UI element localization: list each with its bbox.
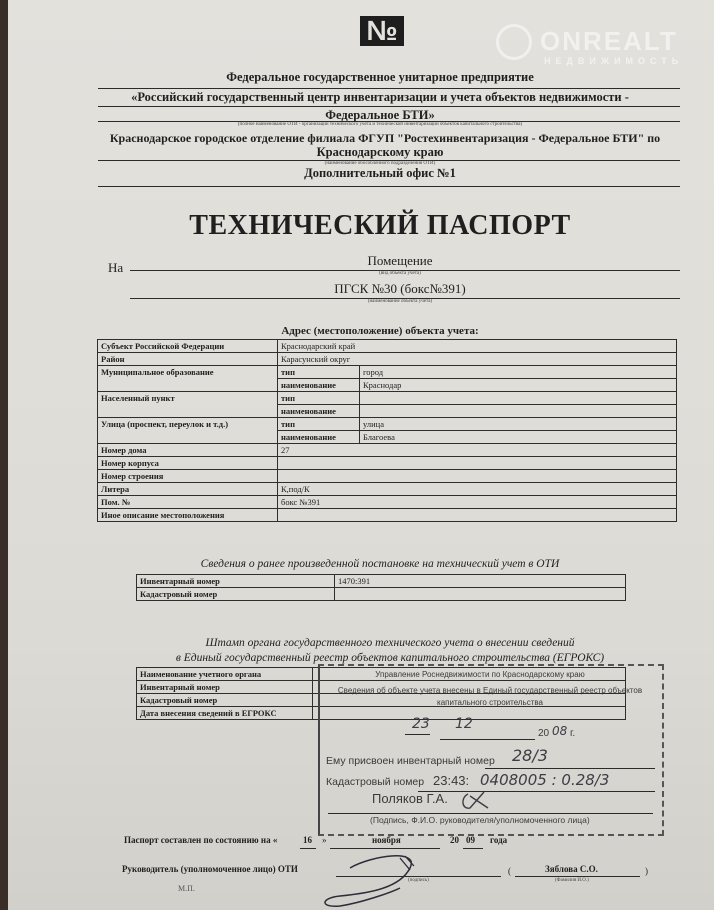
cell-value [360,405,677,418]
object-name-caption: (наименование объекта учета) [130,299,670,304]
cell-value: Карасунский округ [278,353,677,366]
cell-label: Номер корпуса [98,457,278,470]
address-table: Субъект Российской Федерации Краснодарск… [97,339,677,522]
stamp-line-2: капитального строительства [330,698,650,707]
object-type: Помещение [130,253,670,269]
object-prefix: На [108,260,123,276]
watermark-subtitle: НЕДВИЖИМОСТЬ [544,56,683,66]
caption-full-name: (полное наименование ОТИ - организации т… [100,122,660,127]
cell-label: Район [98,353,278,366]
cell-label: Субъект Российской Федерации [98,340,278,353]
prior-table: Инвентарный номер 1470:391 Кадастровый н… [136,574,626,601]
divider [405,734,430,735]
table-row: Кадастровый номер [137,588,626,601]
object-type-caption: (вид объекта учета) [130,271,670,276]
branch-line-2: Краснодарскому краю [100,145,660,160]
cell-sublabel: тип [278,366,360,379]
cell-sublabel: наименование [278,405,360,418]
cell-value [278,509,677,522]
composed-month: ноября [372,835,401,845]
stamp-date-year: 08 [552,724,567,738]
stamp-date-month: 12 [455,716,473,732]
cell-label: Инвентарный номер [137,575,335,588]
stamp-date-year-prefix: 20 [538,728,549,739]
divider [485,768,655,769]
table-row: Иное описание местоположения [98,509,677,522]
name-caption: (Фамилия И.О.) [555,878,589,883]
cell-sublabel: тип [278,392,360,405]
cell-value [278,470,677,483]
table-row: Номер корпуса [98,457,677,470]
cell-sublabel: наименование [278,379,360,392]
cell-value: 1470:391 [335,575,626,588]
watermark-brand: ONREALT [540,26,678,57]
branch-line-1: Краснодарское городское отделение филиал… [95,131,675,146]
stamp-signature [460,790,496,814]
stamp-cad-value: 0408005 : 0.28/3 [480,771,609,789]
cell-sublabel: наименование [278,431,360,444]
stamp-inv-value: 28/3 [512,746,548,765]
cell-value: улица [360,418,677,431]
cell-label: Литера [98,483,278,496]
table-row: Муниципальное образование тип город [98,366,677,379]
house-icon [496,24,532,60]
table-row: Номер строения [98,470,677,483]
binding-edge [0,0,8,910]
table-row: Номер дома 27 [98,444,677,457]
divider [98,106,680,107]
paren-open: ( [508,866,511,876]
cell-label: Номер дома [98,444,278,457]
composed-year-suffix: года [490,835,507,845]
cell-label: Номер строения [98,470,278,483]
cell-label: Пом. № [98,496,278,509]
cell-label: Инвентарный номер [137,681,313,694]
cell-label: Населенный пункт [98,392,278,418]
divider [463,848,483,849]
table-row: Район Карасунский округ [98,353,677,366]
paren-close: ) [645,866,648,876]
head-label: Руководитель (уполномоченное лицо) ОТИ [122,864,298,874]
cell-label: Муниципальное образование [98,366,278,392]
divider [98,186,680,187]
cell-label: Наименование учетного органа [137,668,313,681]
office-name: Дополнительный офис №1 [100,166,660,181]
sign-caption: (подпись) [408,878,429,883]
divider [515,876,640,877]
cell-value: Благоева [360,431,677,444]
egroks-heading-2: в Единый государственный реестр объектов… [120,652,660,664]
prior-heading: Сведения о ранее произведенной постановк… [130,558,630,570]
table-row: Улица (проспект, переулок и т.д.) тип ул… [98,418,677,431]
table-row: Субъект Российской Федерации Краснодарск… [98,340,677,353]
composed-day-close: » [322,835,327,845]
address-heading: Адрес (местоположение) объекта учета: [100,325,660,337]
cell-label: Кадастровый номер [137,694,313,707]
cell-label: Кадастровый номер [137,588,335,601]
page-title: ТЕХНИЧЕСКИЙ ПАСПОРТ [100,210,660,242]
cell-value: город [360,366,677,379]
stamp-date-suffix: г. [570,728,575,739]
stamp-org: Управление Роснедвижимости по Краснодарс… [330,670,630,679]
cell-value: Краснодарский край [278,340,677,353]
stamp-line-1: Сведения об объекте учета внесены в Един… [320,686,660,695]
cell-label: Улица (проспект, переулок и т.д.) [98,418,278,444]
cell-value: К,под/К [278,483,677,496]
table-row: Населенный пункт тип [98,392,677,405]
cell-value [335,588,626,601]
stamp-signer-caption: (Подпись, Ф.И.О. руководителя/уполномоче… [370,815,590,825]
divider [440,739,535,740]
cell-sublabel: тип [278,418,360,431]
org-line-2: «Российский государственный центр инвент… [100,90,660,105]
stamp-date-day: 23 [412,716,430,732]
cell-value [278,457,677,470]
stamp-cad-prefix: 23:43: [433,773,469,788]
cell-label: Иное описание местоположения [98,509,278,522]
seal-place: М.П. [178,884,195,893]
divider [98,88,680,89]
stamp-inv-label: Ему присвоен инвентарный номер [326,755,495,767]
table-row: Инвентарный номер 1470:391 [137,575,626,588]
number-sign-logo: № [360,16,404,46]
divider [418,791,655,792]
cell-value: 27 [278,444,677,457]
composed-day: 16 [303,835,312,845]
table-row: Пом. № бокс №391 [98,496,677,509]
composed-year: 09 [466,835,475,845]
cell-label: Дата внесения сведений в ЕГРОКС [137,707,313,720]
composed-year-prefix: 20 [450,835,459,845]
stamp-cad-label: Кадастровый номер [326,776,424,788]
cell-value: Краснодар [360,379,677,392]
object-name: ПГСК №30 (бокс№391) [130,281,670,297]
org-line-1: Федеральное государственное унитарное пр… [100,70,660,85]
divider [328,813,653,814]
stamp-signer: Поляков Г.А. [372,791,448,806]
head-name: Зяблова С.О. [545,864,598,874]
egroks-heading-1: Штамп органа государственного техническо… [120,637,660,649]
composed-label: Паспорт составлен по состоянию на « [124,835,277,845]
head-signature [310,848,460,910]
table-row: Литера К,под/К [98,483,677,496]
cell-value: бокс №391 [278,496,677,509]
cell-value [360,392,677,405]
